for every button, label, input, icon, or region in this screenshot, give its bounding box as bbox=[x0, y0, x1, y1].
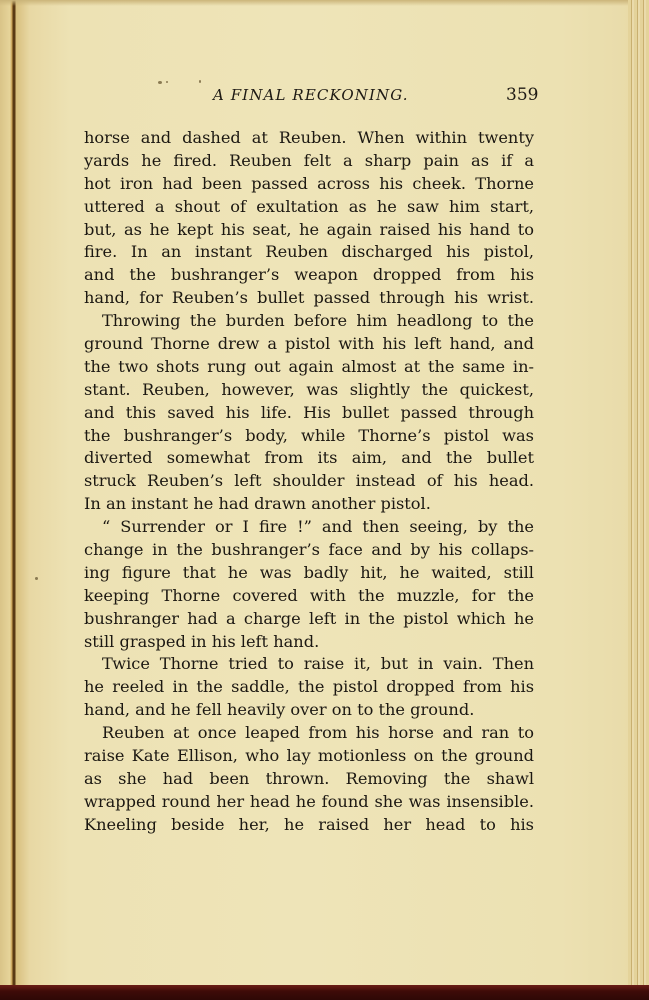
text-line: but, as he kept his seat, he again raise… bbox=[84, 219, 534, 242]
text-line: Reuben at once leaped from his horse and… bbox=[84, 722, 534, 745]
text-line: In an instant he had drawn another pisto… bbox=[84, 493, 534, 516]
text-line: the bushranger’s body, while Thorne’s pi… bbox=[84, 425, 534, 448]
scan-speck bbox=[35, 577, 38, 580]
text-line: hot iron had been passed across his chee… bbox=[84, 173, 534, 196]
text-line: hand, and he fell heavily over on to the… bbox=[84, 699, 534, 722]
text-line: keeping Thorne covered with the muzzle, … bbox=[84, 585, 534, 608]
text-line: “ Surrender or I fire !” and then seeing… bbox=[84, 516, 534, 539]
text-line: the two shots rung out again almost at t… bbox=[84, 356, 534, 379]
text-line: as she had been thrown. Removing the sha… bbox=[84, 768, 534, 791]
running-head-title: A FINAL RECKONING. bbox=[213, 86, 409, 104]
text-line: ing figure that he was badly hit, he wai… bbox=[84, 562, 534, 585]
text-line: bushranger had a charge left in the pist… bbox=[84, 608, 534, 631]
page-number: 359 bbox=[506, 85, 538, 105]
page-top-shadow bbox=[0, 0, 649, 6]
text-line: Twice Thorne tried to raise it, but in v… bbox=[84, 653, 534, 676]
text-line: change in the bushranger’s face and by h… bbox=[84, 539, 534, 562]
text-line: Throwing the burden before him headlong … bbox=[84, 310, 534, 333]
text-line: struck Reuben’s left shoulder instead of… bbox=[84, 470, 534, 493]
text-line: and this saved his life. His bullet pass… bbox=[84, 402, 534, 425]
text-line: raise Kate Ellison, who lay motionless o… bbox=[84, 745, 534, 768]
scan-speck bbox=[158, 81, 162, 84]
text-line: fire. In an instant Reuben discharged hi… bbox=[84, 241, 534, 264]
text-line: still grasped in his left hand. bbox=[84, 631, 534, 654]
scan-speck bbox=[166, 81, 168, 83]
book-cover-bottom bbox=[0, 985, 649, 1000]
text-line: yards he fired. Reuben felt a sharp pain… bbox=[84, 150, 534, 173]
text-line: and the bushranger’s weapon dropped from… bbox=[84, 264, 534, 287]
text-line: uttered a shout of exultation as he saw … bbox=[84, 196, 534, 219]
scan-speck bbox=[199, 80, 201, 83]
text-line: hand, for Reuben’s bullet passed through… bbox=[84, 287, 534, 310]
text-line: diverted somewhat from its aim, and the … bbox=[84, 447, 534, 470]
text-line: stant. Reuben, however, was slightly the… bbox=[84, 379, 534, 402]
text-line: he reeled in the saddle, the pistol drop… bbox=[84, 676, 534, 699]
page-edges bbox=[628, 0, 649, 990]
running-head: A FINAL RECKONING. 359 bbox=[0, 85, 649, 109]
text-line: horse and dashed at Reuben. When within … bbox=[84, 127, 534, 150]
body-text: horse and dashed at Reuben. When within … bbox=[84, 127, 534, 837]
text-line: ground Thorne drew a pistol with his lef… bbox=[84, 333, 534, 356]
text-line: wrapped round her head he found she was … bbox=[84, 791, 534, 814]
text-line: Kneeling beside her, he raised her head … bbox=[84, 814, 534, 837]
